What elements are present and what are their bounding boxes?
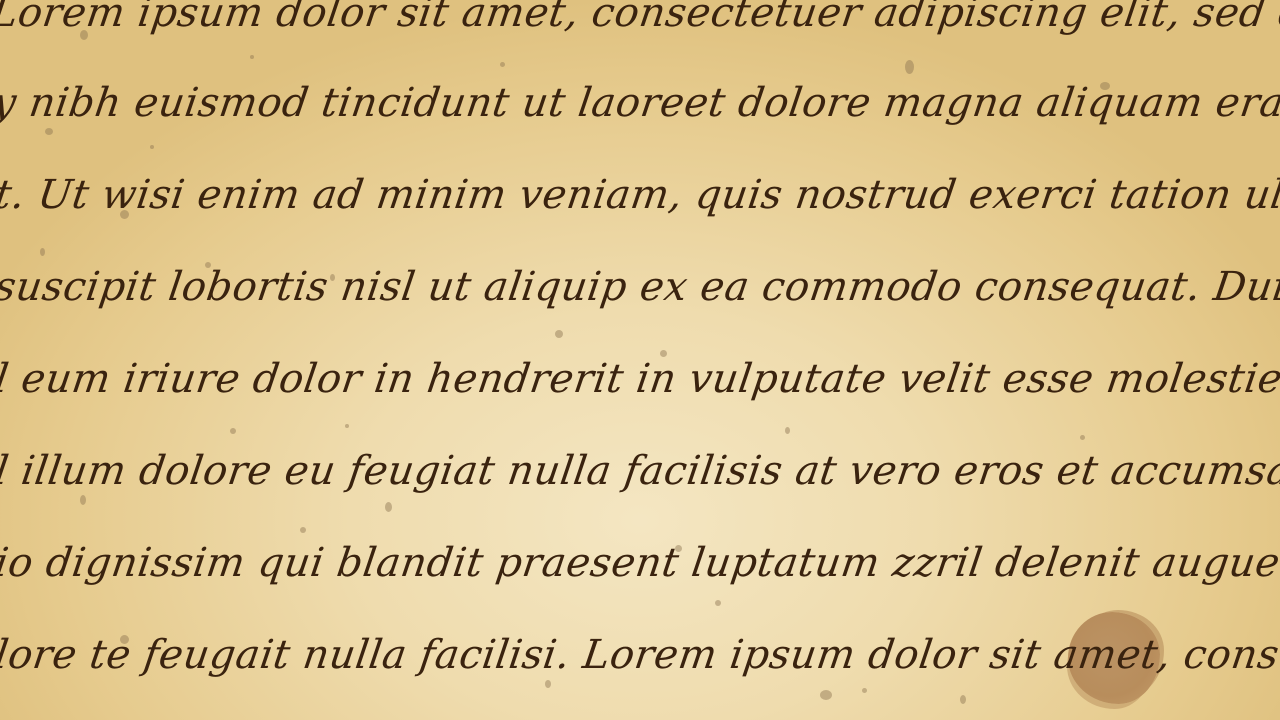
- script-line-1: Lorem ipsum dolor sit amet, consectetuer…: [0, 0, 1280, 36]
- script-line-6: l illum dolore eu feugiat nulla facilisi…: [0, 448, 1280, 494]
- paper-speck: [785, 427, 790, 434]
- paper-speck: [862, 688, 867, 693]
- paper-speck: [715, 600, 721, 606]
- paper-speck: [385, 502, 392, 512]
- paper-speck: [250, 55, 254, 59]
- script-line-2: y nibh euismod tincidunt ut laoreet dolo…: [0, 80, 1280, 126]
- paper-speck: [80, 495, 86, 505]
- paper-speck: [555, 330, 563, 338]
- paper-speck: [345, 424, 349, 428]
- paper-speck: [45, 128, 53, 135]
- paper-speck: [500, 62, 505, 67]
- paper-speck: [1080, 435, 1085, 440]
- script-line-3: t. Ut wisi enim ad minim veniam, quis no…: [0, 172, 1280, 218]
- paper-speck: [150, 145, 154, 149]
- script-line-5: l eum iriure dolor in hendrerit in vulpu…: [0, 356, 1280, 402]
- script-line-7: io dignissim qui blandit praesent luptat…: [0, 540, 1280, 586]
- paper-speck: [820, 690, 832, 700]
- script-line-4: suscipit lobortis nisl ut aliquip ex ea …: [0, 264, 1280, 310]
- script-line-8: lore te feugait nulla facilisi. Lorem ip…: [0, 632, 1280, 678]
- paper-speck: [960, 695, 966, 704]
- paper-speck: [230, 428, 236, 434]
- paper-speck: [545, 680, 551, 688]
- paper-speck: [905, 60, 914, 74]
- parchment-page: Lorem ipsum dolor sit amet, consectetuer…: [0, 0, 1280, 720]
- paper-speck: [40, 248, 45, 256]
- paper-speck: [300, 527, 306, 533]
